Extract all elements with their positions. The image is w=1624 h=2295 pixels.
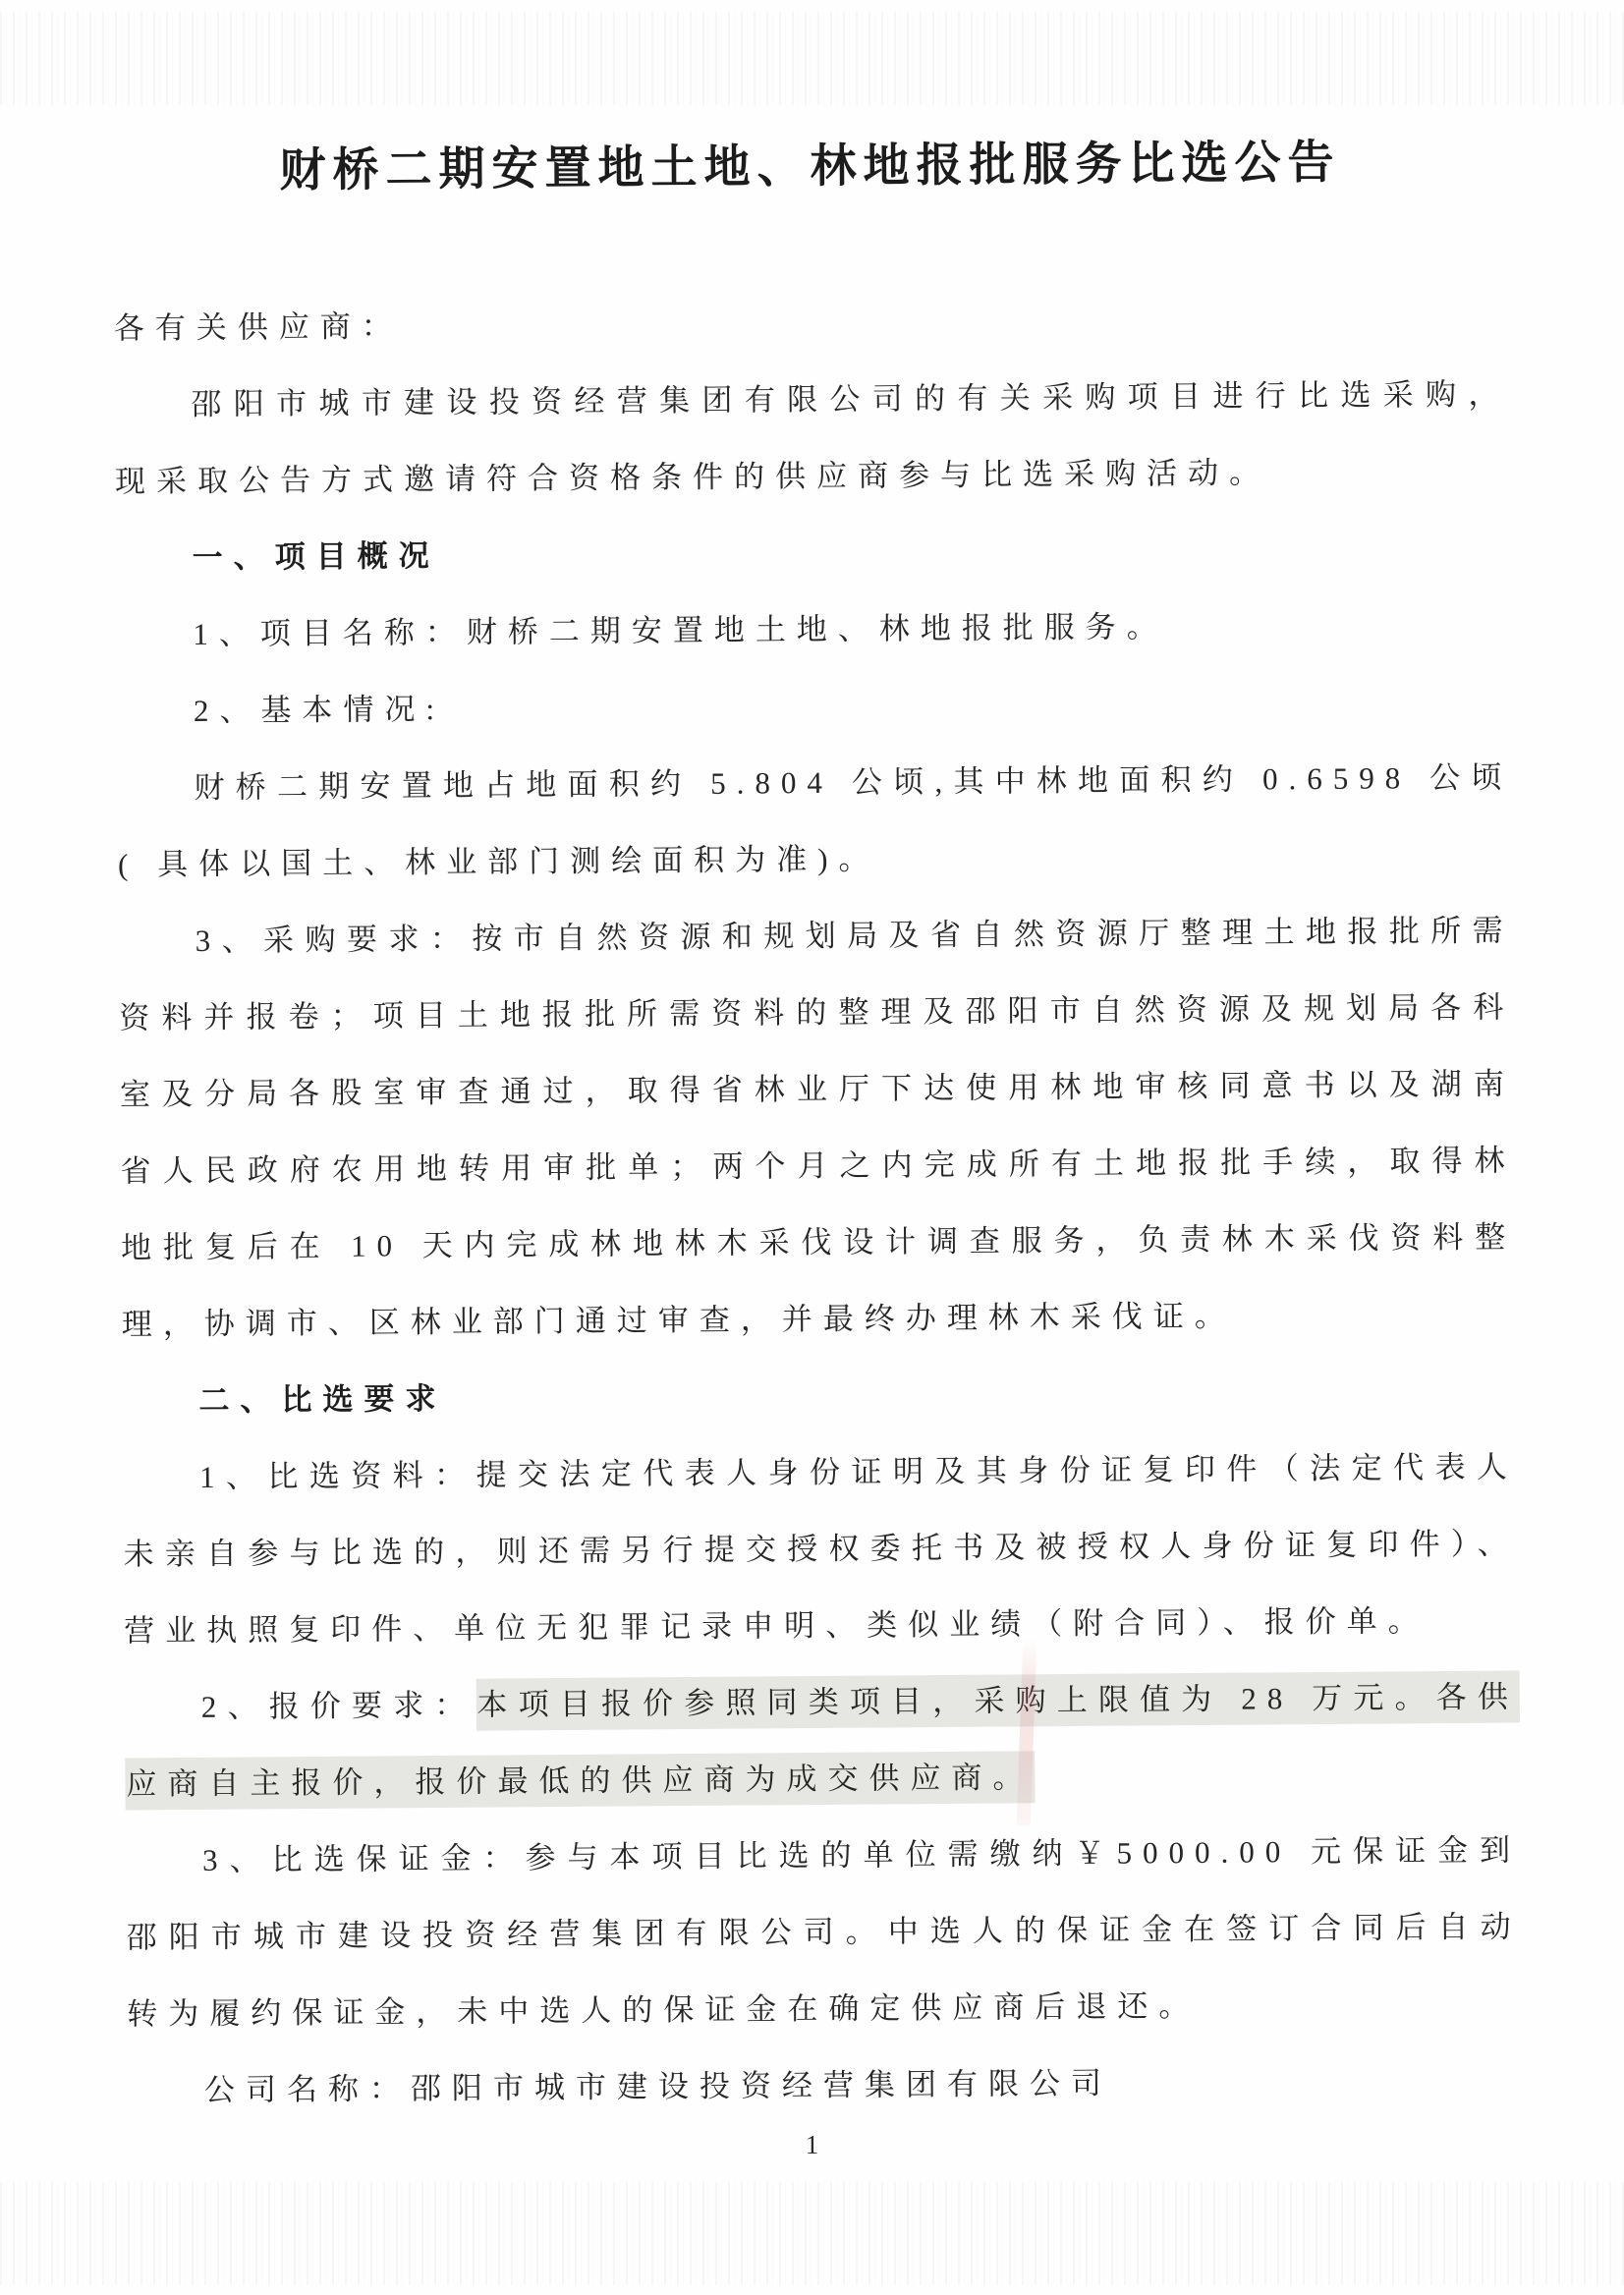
deposit-paragraph: 3、比选保证金：参与本项目比选的单位需缴纳￥5000.00 元保证金到邵阳市城市… xyxy=(126,1813,1523,2053)
scan-noise-bottom xyxy=(0,2182,1624,2285)
document-title: 财桥二期安置地土地、林地报批服务比选公告 xyxy=(112,134,1507,200)
basic-info-paragraph: 财桥二期安置地占地面积约 5.804 公顷,其中林地面积约 0.6598 公顷(… xyxy=(117,740,1513,904)
section-overview-heading: 一、项目概况 xyxy=(115,510,1511,597)
document-content: 财桥二期安置地土地、林地报批服务比选公告 各有关供应商： 邵阳市城市建设投资经营… xyxy=(111,0,1523,2130)
intro-paragraph: 邵阳市城市建设投资经营集团有限公司的有关采购项目进行比选采购，现采取公告方式邀请… xyxy=(114,357,1510,521)
materials-paragraph: 1、比选资料：提交法定代表人身份证明及其身份证复印件（法定代表人未亲自参与比选的… xyxy=(123,1429,1520,1670)
procurement-requirements-paragraph: 3、采购要求：按市自然资源和规划局及省自然资源厅整理土地报批所需资料并报卷；项目… xyxy=(118,893,1517,1364)
basic-info-label: 2、基本情况: xyxy=(117,663,1513,751)
page-number: 1 xyxy=(0,2130,1624,2160)
project-name-item: 1、项目名称：财桥二期安置地土地、林地报批服务。 xyxy=(116,587,1512,674)
quotation-paragraph: 2、报价要求：本项目报价参照同类项目，采购上限值为 28 万元。各供应商自主报价… xyxy=(125,1659,1521,1823)
quotation-prefix: 2、报价要求： xyxy=(201,1688,476,1724)
salutation: 各有关供应商： xyxy=(114,280,1510,367)
section-requirements-heading: 二、比选要求 xyxy=(122,1353,1518,1440)
company-name-line: 公司名称：邵阳市城市建设投资经营集团有限公司 xyxy=(128,2043,1524,2130)
scanned-document-page: 财桥二期安置地土地、林地报批服务比选公告 各有关供应商： 邵阳市城市建设投资经营… xyxy=(0,0,1624,2295)
